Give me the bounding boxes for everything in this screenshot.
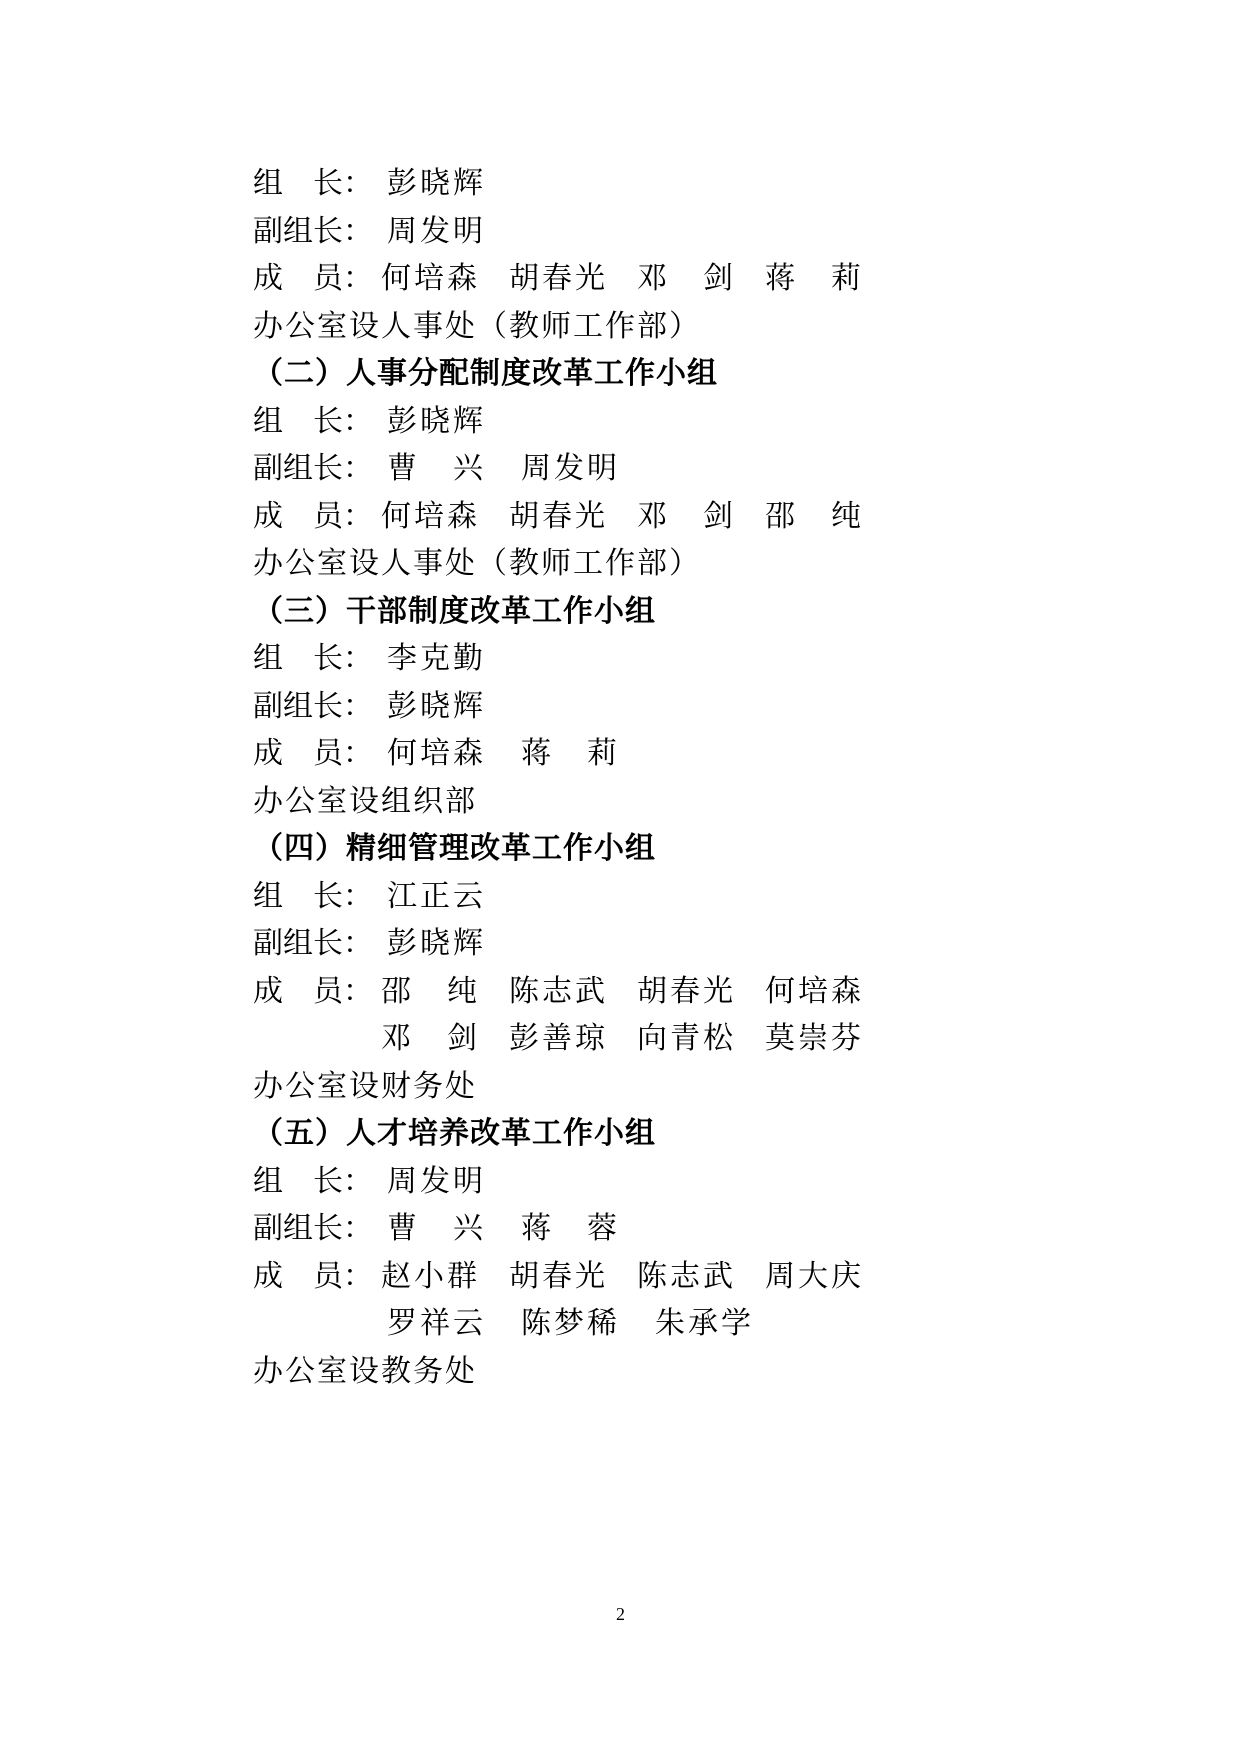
leader-name: 李克勤 bbox=[387, 635, 521, 683]
deputy-name: 周发明 bbox=[387, 208, 521, 256]
group-heading: （二）人事分配制度改革工作小组 bbox=[253, 350, 893, 398]
deputy-name: 彭晓辉 bbox=[387, 920, 521, 968]
members-row-continued: 罗祥云 陈梦稀 朱承学 bbox=[253, 1300, 893, 1348]
member-name: 何培森 bbox=[387, 730, 521, 778]
members-row: 成 员： 何培森 胡春光 邓 剑 蒋 莉 bbox=[253, 255, 893, 303]
deputy-label: 副组长： bbox=[253, 445, 387, 493]
member-name: 彭善琼 bbox=[509, 1015, 637, 1063]
member-name: 周大庆 bbox=[765, 1253, 893, 1301]
member-name: 陈志武 bbox=[637, 1253, 765, 1301]
document-body: 组 长： 彭晓辉 副组长： 周发明 成 员： 何培森 胡春光 邓 剑 蒋 莉 办… bbox=[253, 160, 893, 1395]
deputy-name: 曹 兴 bbox=[387, 1205, 521, 1253]
members-row-continued: 邓 剑 彭善琼 向青松 莫崇芬 bbox=[253, 1015, 893, 1063]
office-line: 办公室设人事处（教师工作部） bbox=[253, 303, 893, 351]
leader-row: 组 长： 周发明 bbox=[253, 1158, 893, 1206]
member-name: 邓 剑 bbox=[381, 1015, 509, 1063]
deputy-name: 曹 兴 bbox=[387, 445, 521, 493]
deputy-label: 副组长： bbox=[253, 920, 387, 968]
members-label: 成 员： bbox=[253, 968, 381, 1016]
member-name: 邵 纯 bbox=[765, 493, 893, 541]
member-name: 向青松 bbox=[637, 1015, 765, 1063]
member-name: 陈志武 bbox=[509, 968, 637, 1016]
members-row: 成 员： 赵小群 胡春光 陈志武 周大庆 bbox=[253, 1253, 893, 1301]
leader-row: 组 长： 彭晓辉 bbox=[253, 398, 893, 446]
leader-label: 组 长： bbox=[253, 873, 387, 921]
leader-label: 组 长： bbox=[253, 1158, 387, 1206]
deputy-row: 副组长： 彭晓辉 bbox=[253, 920, 893, 968]
deputy-label: 副组长： bbox=[253, 208, 387, 256]
member-name: 胡春光 bbox=[509, 1253, 637, 1301]
page-number: 2 bbox=[0, 1604, 1241, 1625]
deputy-name: 彭晓辉 bbox=[387, 683, 521, 731]
deputy-name: 周发明 bbox=[521, 445, 655, 493]
leader-name: 江正云 bbox=[387, 873, 521, 921]
leader-row: 组 长： 江正云 bbox=[253, 873, 893, 921]
deputy-name: 蒋 蓉 bbox=[521, 1205, 655, 1253]
member-name: 胡春光 bbox=[509, 255, 637, 303]
office-line: 办公室设组织部 bbox=[253, 778, 893, 826]
member-name: 陈梦稀 bbox=[521, 1300, 655, 1348]
members-row: 成 员： 邵 纯 陈志武 胡春光 何培森 bbox=[253, 968, 893, 1016]
members-row: 成 员： 何培森 胡春光 邓 剑 邵 纯 bbox=[253, 493, 893, 541]
member-name: 胡春光 bbox=[509, 493, 637, 541]
leader-label: 组 长： bbox=[253, 160, 387, 208]
member-name: 朱承学 bbox=[655, 1300, 789, 1348]
member-name: 何培森 bbox=[381, 493, 509, 541]
deputy-row: 副组长： 周发明 bbox=[253, 208, 893, 256]
deputy-row: 副组长： 彭晓辉 bbox=[253, 683, 893, 731]
members-label: 成 员： bbox=[253, 730, 387, 778]
member-name: 罗祥云 bbox=[387, 1300, 521, 1348]
leader-label: 组 长： bbox=[253, 635, 387, 683]
member-name: 邓 剑 bbox=[637, 493, 765, 541]
leader-name: 彭晓辉 bbox=[387, 398, 521, 446]
leader-name: 周发明 bbox=[387, 1158, 521, 1206]
member-name: 邵 纯 bbox=[381, 968, 509, 1016]
group-heading: （四）精细管理改革工作小组 bbox=[253, 825, 893, 873]
member-name: 何培森 bbox=[765, 968, 893, 1016]
office-line: 办公室设人事处（教师工作部） bbox=[253, 540, 893, 588]
member-name: 赵小群 bbox=[381, 1253, 509, 1301]
leader-row: 组 长： 彭晓辉 bbox=[253, 160, 893, 208]
members-label: 成 员： bbox=[253, 493, 381, 541]
member-name: 蒋 莉 bbox=[521, 730, 655, 778]
members-label: 成 员： bbox=[253, 255, 381, 303]
deputy-row: 副组长： 曹 兴 蒋 蓉 bbox=[253, 1205, 893, 1253]
leader-row: 组 长： 李克勤 bbox=[253, 635, 893, 683]
member-name: 蒋 莉 bbox=[765, 255, 893, 303]
leader-label: 组 长： bbox=[253, 398, 387, 446]
deputy-label: 副组长： bbox=[253, 1205, 387, 1253]
member-name: 莫崇芬 bbox=[765, 1015, 893, 1063]
deputy-label: 副组长： bbox=[253, 683, 387, 731]
deputy-row: 副组长： 曹 兴 周发明 bbox=[253, 445, 893, 493]
member-name: 何培森 bbox=[381, 255, 509, 303]
group-heading: （五）人才培养改革工作小组 bbox=[253, 1110, 893, 1158]
office-line: 办公室设教务处 bbox=[253, 1348, 893, 1396]
members-row: 成 员： 何培森 蒋 莉 bbox=[253, 730, 893, 778]
member-name: 胡春光 bbox=[637, 968, 765, 1016]
member-name: 邓 剑 bbox=[637, 255, 765, 303]
leader-name: 彭晓辉 bbox=[387, 160, 521, 208]
office-line: 办公室设财务处 bbox=[253, 1063, 893, 1111]
group-heading: （三）干部制度改革工作小组 bbox=[253, 588, 893, 636]
members-label: 成 员： bbox=[253, 1253, 381, 1301]
